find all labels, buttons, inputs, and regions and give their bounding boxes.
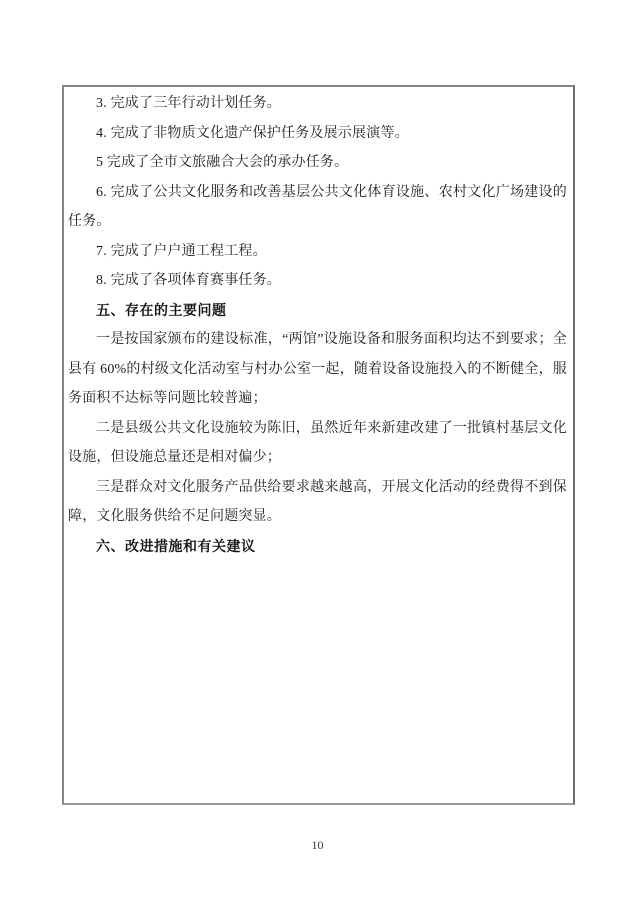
- problem-paragraph-1: 一是按国家颁布的建设标准，“两馆”设施设备和服务面积均达不到要求；全县有 60%…: [68, 325, 567, 414]
- list-item-7: 7. 完成了户户通工程工程。: [68, 237, 567, 267]
- report-table-cell: 3. 完成了三年行动计划任务。 4. 完成了非物质文化遗产保护任务及展示展演等。…: [62, 85, 575, 805]
- list-item-4: 4. 完成了非物质文化遗产保护任务及展示展演等。: [68, 119, 567, 149]
- problem-paragraph-2: 二是县级公共文化设施较为陈旧，虽然近年来新建改建了一批镇村基层文化设施，但设施总…: [68, 414, 567, 473]
- list-item-8: 8. 完成了各项体育赛事任务。: [68, 266, 567, 296]
- list-item-5: 5 完成了全市文旅融合大会的承办任务。: [68, 148, 567, 178]
- report-body: 3. 完成了三年行动计划任务。 4. 完成了非物质文化遗产保护任务及展示展演等。…: [64, 87, 573, 561]
- document-page: 3. 完成了三年行动计划任务。 4. 完成了非物质文化遗产保护任务及展示展演等。…: [0, 0, 635, 898]
- section-heading-6: 六、改进措施和有关建议: [68, 532, 567, 562]
- problem-paragraph-3: 三是群众对文化服务产品供给要求越来越高，开展文化活动的经费得不到保障，文化服务供…: [68, 473, 567, 532]
- list-item-6: 6. 完成了公共文化服务和改善基层公共文化体育设施、农村文化广场建设的任务。: [68, 178, 567, 237]
- page-number: 10: [0, 838, 635, 853]
- section-heading-5: 五、存在的主要问题: [68, 296, 567, 326]
- list-item-3: 3. 完成了三年行动计划任务。: [68, 89, 567, 119]
